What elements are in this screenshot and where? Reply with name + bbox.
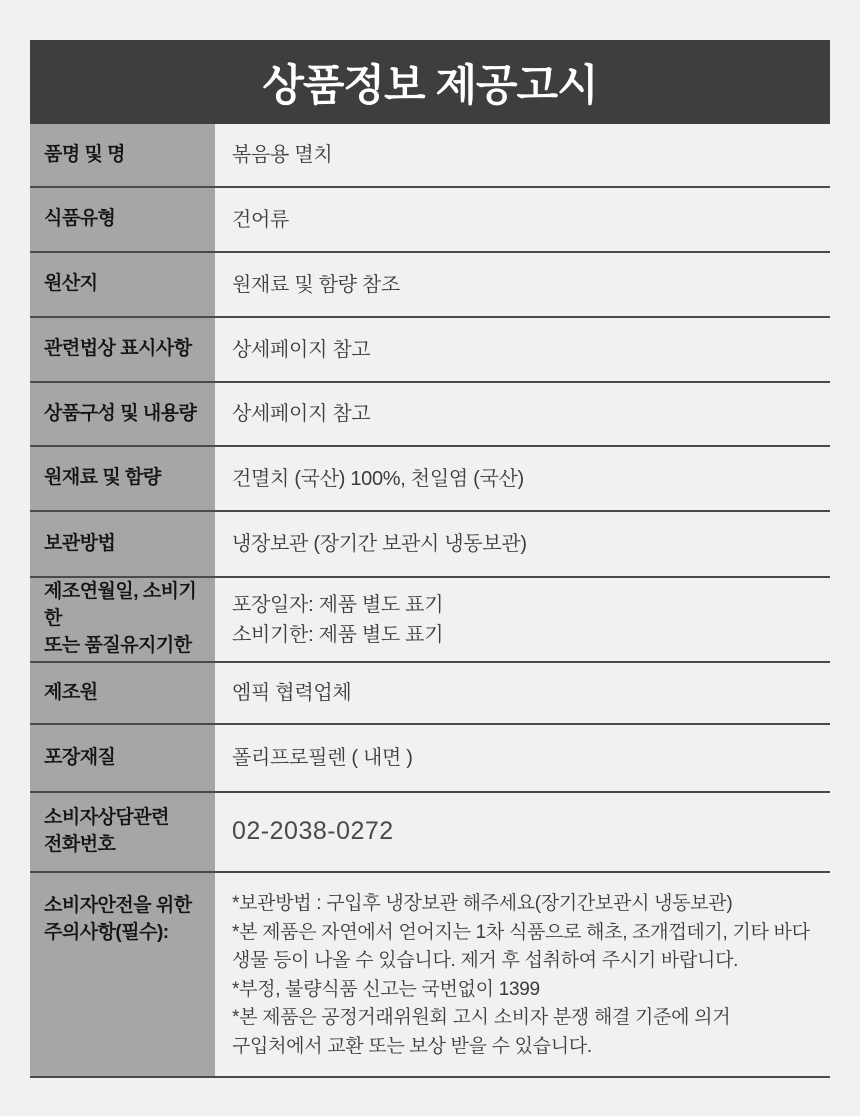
table-row: 소비자안전을 위한 주의사항(필수): *보관방법 : 구입후 냉장보관 해주세… [30,873,830,1078]
row-value: 볶음용 멸치 [215,124,830,186]
table-row: 품명 및 명 볶음용 멸치 [30,124,830,188]
row-label: 품명 및 명 [30,124,215,186]
table-row: 관련법상 표시사항 상세페이지 참고 [30,318,830,383]
table-row: 보관방법 냉장보관 (장기간 보관시 냉동보관) [30,512,830,578]
row-label: 포장재질 [30,725,215,791]
row-label: 원산지 [30,253,215,316]
row-value-phone-number: 02-2038-0272 [215,793,830,871]
row-label: 관련법상 표시사항 [30,318,215,381]
row-value: 냉장보관 (장기간 보관시 냉동보관) [215,512,830,576]
table-row: 원산지 원재료 및 함량 참조 [30,253,830,318]
table-row: 제조연월일, 소비기한 또는 품질유지기한 포장일자: 제품 별도 표기 소비기… [30,578,830,663]
row-value: 엠픽 협력업체 [215,663,830,723]
table-header: 상품정보 제공고시 [30,40,830,124]
row-label: 소비자안전을 위한 주의사항(필수): [30,873,215,1076]
row-label: 소비자상담관련 전화번호 [30,793,215,871]
product-info-notice-table: 상품정보 제공고시 품명 및 명 볶음용 멸치 식품유형 건어류 원산지 원재료… [30,40,830,1078]
table-row: 소비자상담관련 전화번호 02-2038-0272 [30,793,830,873]
table-row: 식품유형 건어류 [30,188,830,253]
table-row: 원재료 및 함량 건멸치 (국산) 100%, 천일염 (국산) [30,447,830,512]
row-label: 원재료 및 함량 [30,447,215,510]
row-label: 제조연월일, 소비기한 또는 품질유지기한 [30,578,215,661]
row-value: 상세페이지 참고 [215,318,830,381]
row-label: 상품구성 및 내용량 [30,383,215,445]
row-value: 원재료 및 함량 참조 [215,253,830,316]
page-title: 상품정보 제공고시 [262,52,597,113]
table-row: 제조원 엠픽 협력업체 [30,663,830,725]
table-row: 상품구성 및 내용량 상세페이지 참고 [30,383,830,447]
table-row: 포장재질 폴리프로필렌 ( 내면 ) [30,725,830,793]
row-value: 상세페이지 참고 [215,383,830,445]
row-value: *보관방법 : 구입후 냉장보관 해주세요(장기간보관시 냉동보관) *본 제품… [215,873,830,1076]
row-value: 건어류 [215,188,830,251]
row-label: 제조원 [30,663,215,723]
row-value: 포장일자: 제품 별도 표기 소비기한: 제품 별도 표기 [215,578,830,661]
row-label: 식품유형 [30,188,215,251]
row-value: 건멸치 (국산) 100%, 천일염 (국산) [215,447,830,510]
row-label: 보관방법 [30,512,215,576]
row-value: 폴리프로필렌 ( 내면 ) [215,725,830,791]
